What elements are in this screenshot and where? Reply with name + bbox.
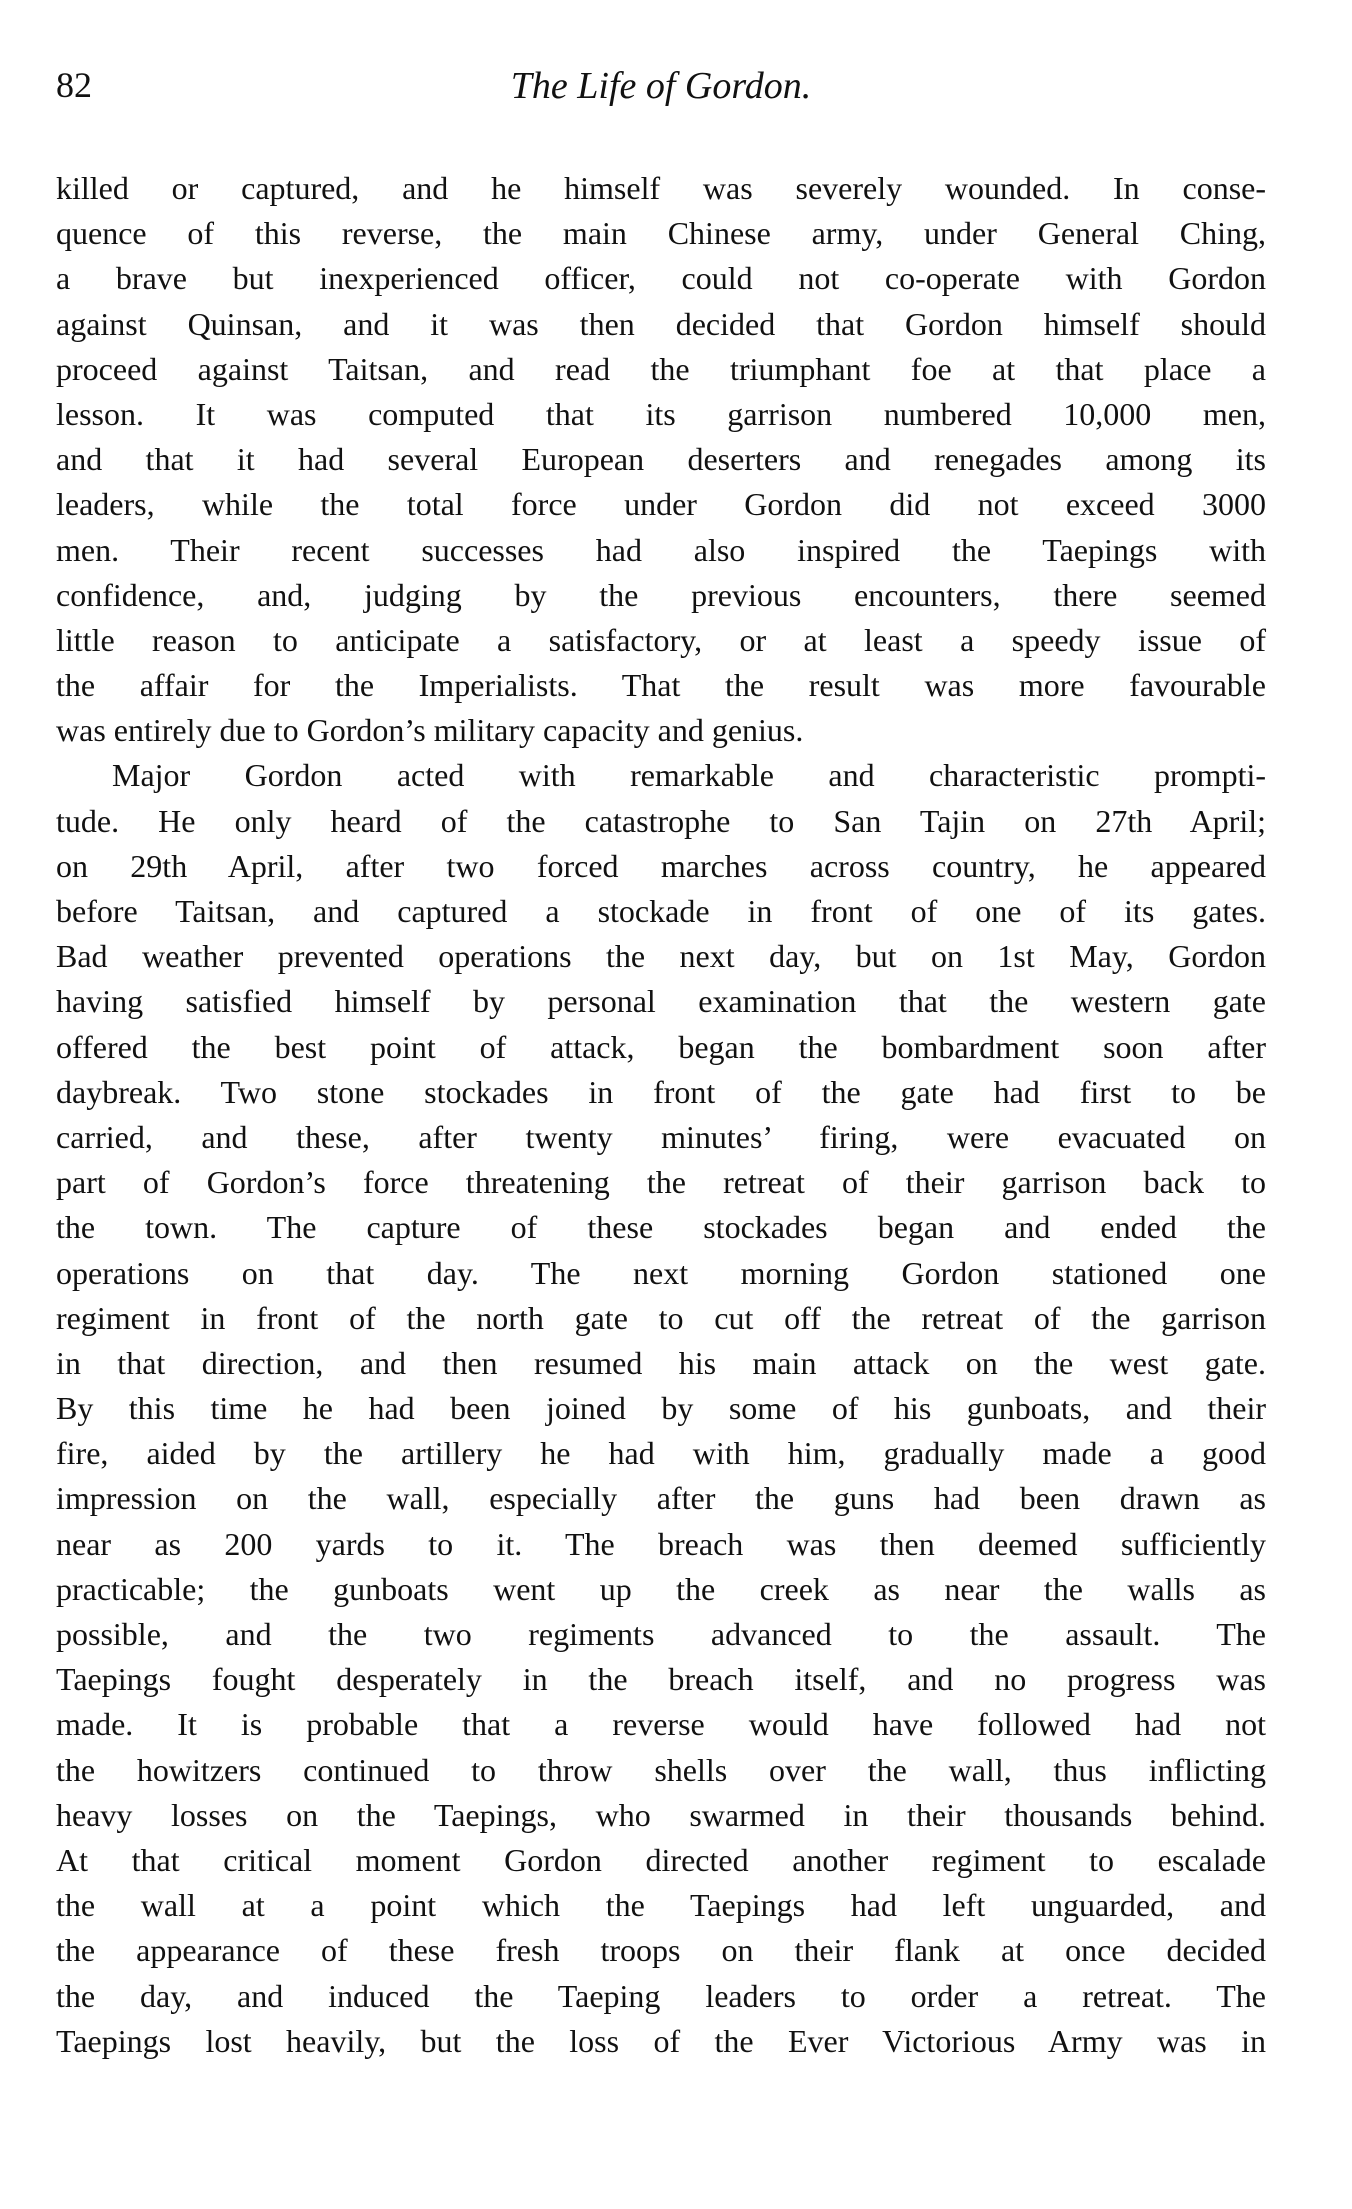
paragraph: Major Gordon acted with remarkable and c… <box>56 753 1266 2063</box>
text-line: By this time he had been joined by some … <box>56 1386 1266 1431</box>
text-line: before Taitsan, and captured a stockade … <box>56 889 1266 934</box>
text-line: practicable; the gunboats went up the cr… <box>56 1567 1266 1612</box>
text-line: having satisfied himself by personal exa… <box>56 979 1266 1024</box>
text-line: the wall at a point which the Taepings h… <box>56 1883 1266 1928</box>
text-line: confidence, and, judging by the previous… <box>56 573 1266 618</box>
text-line: against Quinsan, and it was then decided… <box>56 302 1266 347</box>
text-line: the affair for the Imperialists. That th… <box>56 663 1266 708</box>
text-line: Bad weather prevented operations the nex… <box>56 934 1266 979</box>
text-line: impression on the wall, especially after… <box>56 1476 1266 1521</box>
text-line: killed or captured, and he himself was s… <box>56 166 1266 211</box>
text-line: regiment in front of the north gate to c… <box>56 1296 1266 1341</box>
text-line: men. Their recent successes had also ins… <box>56 528 1266 573</box>
text-line: fire, aided by the artillery he had with… <box>56 1431 1266 1476</box>
text-line: tude. He only heard of the catastrophe t… <box>56 799 1266 844</box>
text-line: At that critical moment Gordon directed … <box>56 1838 1266 1883</box>
text-line: and that it had several European deserte… <box>56 437 1266 482</box>
body-text: killed or captured, and he himself was s… <box>56 166 1266 2064</box>
text-line: a brave but inexperienced officer, could… <box>56 256 1266 301</box>
text-line: little reason to anticipate a satisfacto… <box>56 618 1266 663</box>
text-line: the day, and induced the Taeping leaders… <box>56 1974 1266 2019</box>
paragraph: killed or captured, and he himself was s… <box>56 166 1266 753</box>
text-line: on 29th April, after two forced marches … <box>56 844 1266 889</box>
text-line: made. It is probable that a reverse woul… <box>56 1702 1266 1747</box>
text-line: Major Gordon acted with remarkable and c… <box>56 753 1266 798</box>
text-line: offered the best point of attack, began … <box>56 1025 1266 1070</box>
text-line: was entirely due to Gordon’s military ca… <box>56 708 1266 753</box>
text-line: operations on that day. The next morning… <box>56 1251 1266 1296</box>
page-header: 82 The Life of Gordon. <box>56 64 1266 124</box>
text-line: the town. The capture of these stockades… <box>56 1205 1266 1250</box>
text-line: leaders, while the total force under Gor… <box>56 482 1266 527</box>
text-line: part of Gordon’s force threatening the r… <box>56 1160 1266 1205</box>
text-line: Taepings fought desperately in the breac… <box>56 1657 1266 1702</box>
text-line: proceed against Taitsan, and read the tr… <box>56 347 1266 392</box>
text-line: quence of this reverse, the main Chinese… <box>56 211 1266 256</box>
text-line: carried, and these, after twenty minutes… <box>56 1115 1266 1160</box>
text-line: lesson. It was computed that its garriso… <box>56 392 1266 437</box>
text-line: in that direction, and then resumed his … <box>56 1341 1266 1386</box>
text-line: heavy losses on the Taepings, who swarme… <box>56 1793 1266 1838</box>
text-line: near as 200 yards to it. The breach was … <box>56 1522 1266 1567</box>
text-line: the appearance of these fresh troops on … <box>56 1928 1266 1973</box>
text-line: possible, and the two regiments advanced… <box>56 1612 1266 1657</box>
text-line: Taepings lost heavily, but the loss of t… <box>56 2019 1266 2064</box>
running-title: The Life of Gordon. <box>56 64 1266 108</box>
text-line: daybreak. Two stone stockades in front o… <box>56 1070 1266 1115</box>
text-line: the howitzers continued to throw shells … <box>56 1748 1266 1793</box>
